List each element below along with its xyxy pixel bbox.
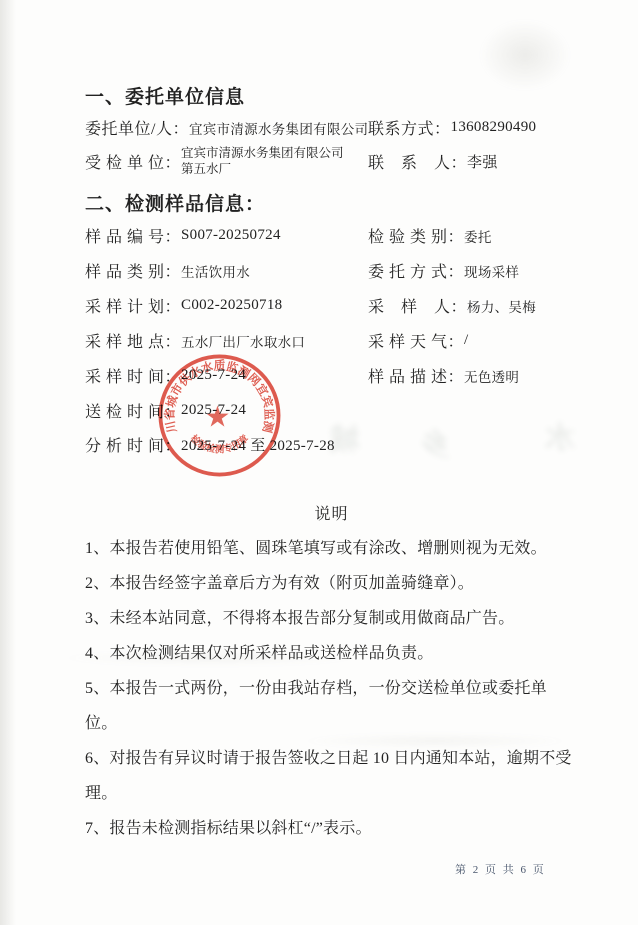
field-label-inspected-unit: 受 检 单 位： (85, 150, 181, 173)
field-row-sampling-site: 采 样 地 点：五水厂出厂水取水口 采 样 天 气：/ (85, 329, 578, 352)
field-value-samplers: 杨力、吴梅 (467, 296, 536, 316)
field-value-contact-phone: 13608290490 (451, 119, 537, 136)
page-footer: 第 2 页 共 6 页 (455, 861, 546, 877)
field-value-sampling-time: 2025-7-24 (181, 367, 246, 384)
note-item-6: 6、对报告有异议时请于报告签收之日起 10 日内通知本站，逾期不受理。 (85, 741, 577, 811)
field-row-inspected-unit: 受 检 单 位：宜宾市清源水务集团有限公司第五水厂 联 系 人：李强 (85, 141, 578, 181)
field-row-sampling-plan: 采 样 计 划：C002-20250718 采 样 人：杨力、吴梅 (85, 294, 578, 317)
field-label-samplers: 采 样 人： (368, 294, 467, 317)
field-label-sample-description: 样 品 描 述： (368, 364, 464, 387)
field-row-sample-type: 样 品 类 别：生活饮用水 委 托 方 式：现场采样 (85, 259, 578, 282)
field-label-sampling-plan: 采 样 计 划： (85, 294, 181, 317)
note-item-2: 2、本报告经签字盖章后方为有效（附页加盖骑缝章）。 (85, 566, 577, 601)
field-row-sampling-time: 采 样 时 间：2025-7-24 样 品 描 述：无色透明 (85, 364, 578, 387)
field-value-entrust-method: 现场采样 (464, 261, 519, 281)
field-value-test-category: 委托 (464, 226, 492, 246)
field-value-sampling-plan: C002-20250718 (181, 297, 282, 314)
notes-list: 1、本报告若使用铅笔、圆珠笔填写或有涂改、增删则视为无效。 2、本报告经签字盖章… (85, 531, 577, 846)
field-label-submission-time: 送 检 时 间： (85, 399, 181, 422)
field-value-client-unit: 宜宾市清源水务集团有限公司 (189, 118, 368, 138)
field-label-sampling-weather: 采 样 天 气： (368, 329, 464, 352)
section-title-sample-info: 二、检测样品信息： (85, 189, 265, 216)
field-value-contact-person: 李强 (467, 151, 498, 172)
field-row-analysis-time: 分 析 时 间：2025-7-24 至 2025-7-28 (85, 433, 578, 456)
field-value-submission-time: 2025-7-24 (181, 402, 246, 419)
field-value-inspected-unit: 宜宾市清源水务集团有限公司第五水厂 (181, 145, 344, 177)
field-row-client: 委托单位/人：宜宾市清源水务集团有限公司 联系方式：13608290490 (85, 116, 578, 139)
field-label-contact-person: 联 系 人： (368, 150, 467, 173)
field-label-sample-type: 样 品 类 别： (85, 259, 181, 282)
field-label-analysis-time: 分 析 时 间： (85, 433, 181, 456)
field-label-sampling-time: 采 样 时 间： (85, 364, 181, 387)
field-value-sample-description: 无色透明 (464, 366, 519, 386)
report-page: 城 乡 水 一、委托单位信息 委托单位/人：宜宾市清源水务集团有限公司 联系方式… (0, 0, 638, 925)
field-value-sample-type: 生活饮用水 (181, 261, 250, 281)
field-row-sample-no: 样 品 编 号：S007-20250724 检 验 类 别：委托 (85, 224, 578, 247)
field-value-sampling-weather: / (464, 332, 468, 349)
field-label-entrust-method: 委 托 方 式： (368, 259, 464, 282)
field-row-submission-time: 送 检 时 间：2025-7-24 (85, 399, 578, 422)
field-label-client-unit: 委托单位/人： (85, 116, 189, 139)
note-item-7: 7、报告未检测指标结果以斜杠“/”表示。 (85, 811, 577, 846)
note-item-4: 4、本次检测结果仅对所采样品或送检样品负责。 (85, 636, 577, 671)
notes-title: 说明 (85, 501, 578, 524)
field-value-sample-no: S007-20250724 (181, 227, 281, 244)
section-title-client-info: 一、委托单位信息 (85, 82, 245, 109)
field-label-sampling-site: 采 样 地 点： (85, 329, 181, 352)
field-label-contact-phone: 联系方式： (368, 116, 451, 139)
field-value-sampling-site: 五水厂出厂水取水口 (181, 331, 305, 351)
field-value-analysis-time: 2025-7-24 至 2025-7-28 (181, 434, 335, 455)
note-item-1: 1、本报告若使用铅笔、圆珠笔填写或有涂改、增删则视为无效。 (85, 531, 577, 566)
scan-smudge (480, 20, 570, 90)
field-label-test-category: 检 验 类 别： (368, 224, 464, 247)
note-item-3: 3、未经本站同意，不得将本报告部分复制或用做商品广告。 (85, 601, 577, 636)
note-item-5: 5、本报告一式两份，一份由我站存档，一份交送检单位或委托单位。 (85, 671, 577, 741)
field-label-sample-no: 样 品 编 号： (85, 224, 181, 247)
